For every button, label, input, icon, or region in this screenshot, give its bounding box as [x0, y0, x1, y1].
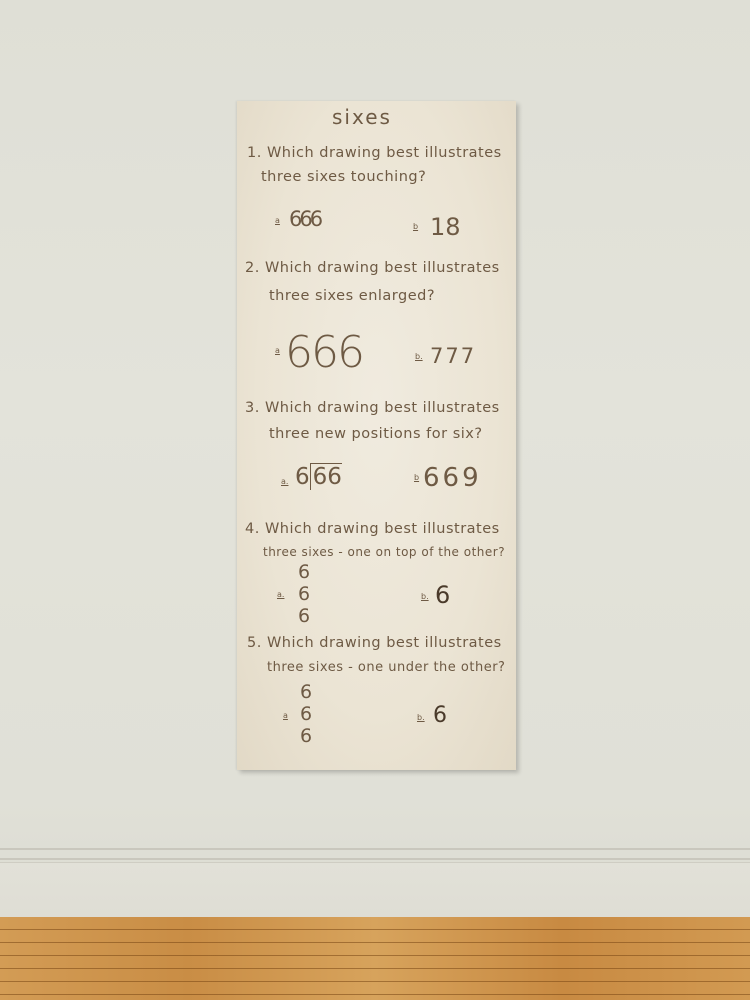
q5-answer-a-label: a [283, 711, 288, 720]
q4-answer-b-label: b. [421, 592, 429, 601]
question-1-line-1: 1. Which drawing best illustrates [247, 145, 502, 161]
q1-answer-b: 18 [430, 213, 461, 241]
q5-stack-six-2: 6 [300, 703, 312, 725]
q3-dividend: 66 [310, 463, 342, 490]
painting-canvas: sixes 1. Which drawing best illustrates … [237, 101, 516, 770]
chair-rail-line [0, 848, 750, 850]
q2-answer-b-label: b. [415, 352, 423, 361]
baseboard [0, 862, 750, 918]
question-3-line-2: three new positions for six? [269, 426, 483, 442]
question-5-line-2: three sixes - one under the other? [267, 660, 505, 675]
q1-answer-b-label: b [413, 222, 418, 231]
q1-answer-a: 666 [289, 207, 320, 231]
question-2-line-1: 2. Which drawing best illustrates [245, 260, 500, 276]
q3-answer-b-label: b [414, 473, 419, 482]
q4-answer-b: 6 [435, 581, 450, 609]
chair-rail-line-lower [0, 858, 750, 860]
q2-answer-b: 777 [430, 344, 476, 368]
question-5-line-1: 5. Which drawing best illustrates [247, 635, 502, 651]
q4-stack-six-2: 6 [298, 583, 310, 605]
q5-answer-b: 6 [433, 703, 447, 728]
question-3-line-1: 3. Which drawing best illustrates [245, 400, 500, 416]
question-2-line-2: three sixes enlarged? [269, 288, 435, 304]
question-4-line-2: three sixes - one on top of the other? [263, 545, 505, 559]
q5-stack-six-1: 6 [300, 681, 312, 703]
q4-answer-a-label: a. [277, 590, 284, 599]
q1-answer-a-label: a [275, 216, 280, 225]
q3-divisor: 6 [295, 464, 310, 490]
q4-stack-six-3: 6 [298, 605, 310, 627]
question-1-line-2: three sixes touching? [261, 169, 426, 185]
q4-answer-a-stack: 6 6 6 [298, 561, 310, 627]
q3-answer-a: 6 66 [295, 463, 342, 490]
q4-stack-six-1: 6 [298, 561, 310, 583]
q2-answer-a: 666 [285, 327, 363, 378]
q2-answer-a-label: a [275, 346, 280, 355]
painting-title: sixes [332, 105, 392, 129]
q5-stack-six-3: 6 [300, 725, 312, 747]
q5-answer-b-label: b. [417, 713, 425, 722]
wood-floor [0, 917, 750, 1000]
question-4-line-1: 4. Which drawing best illustrates [245, 521, 500, 537]
q5-answer-a-stack: 6 6 6 [300, 681, 312, 747]
q3-answer-b: 669 [423, 463, 482, 493]
q3-answer-a-label: a. [281, 477, 288, 486]
